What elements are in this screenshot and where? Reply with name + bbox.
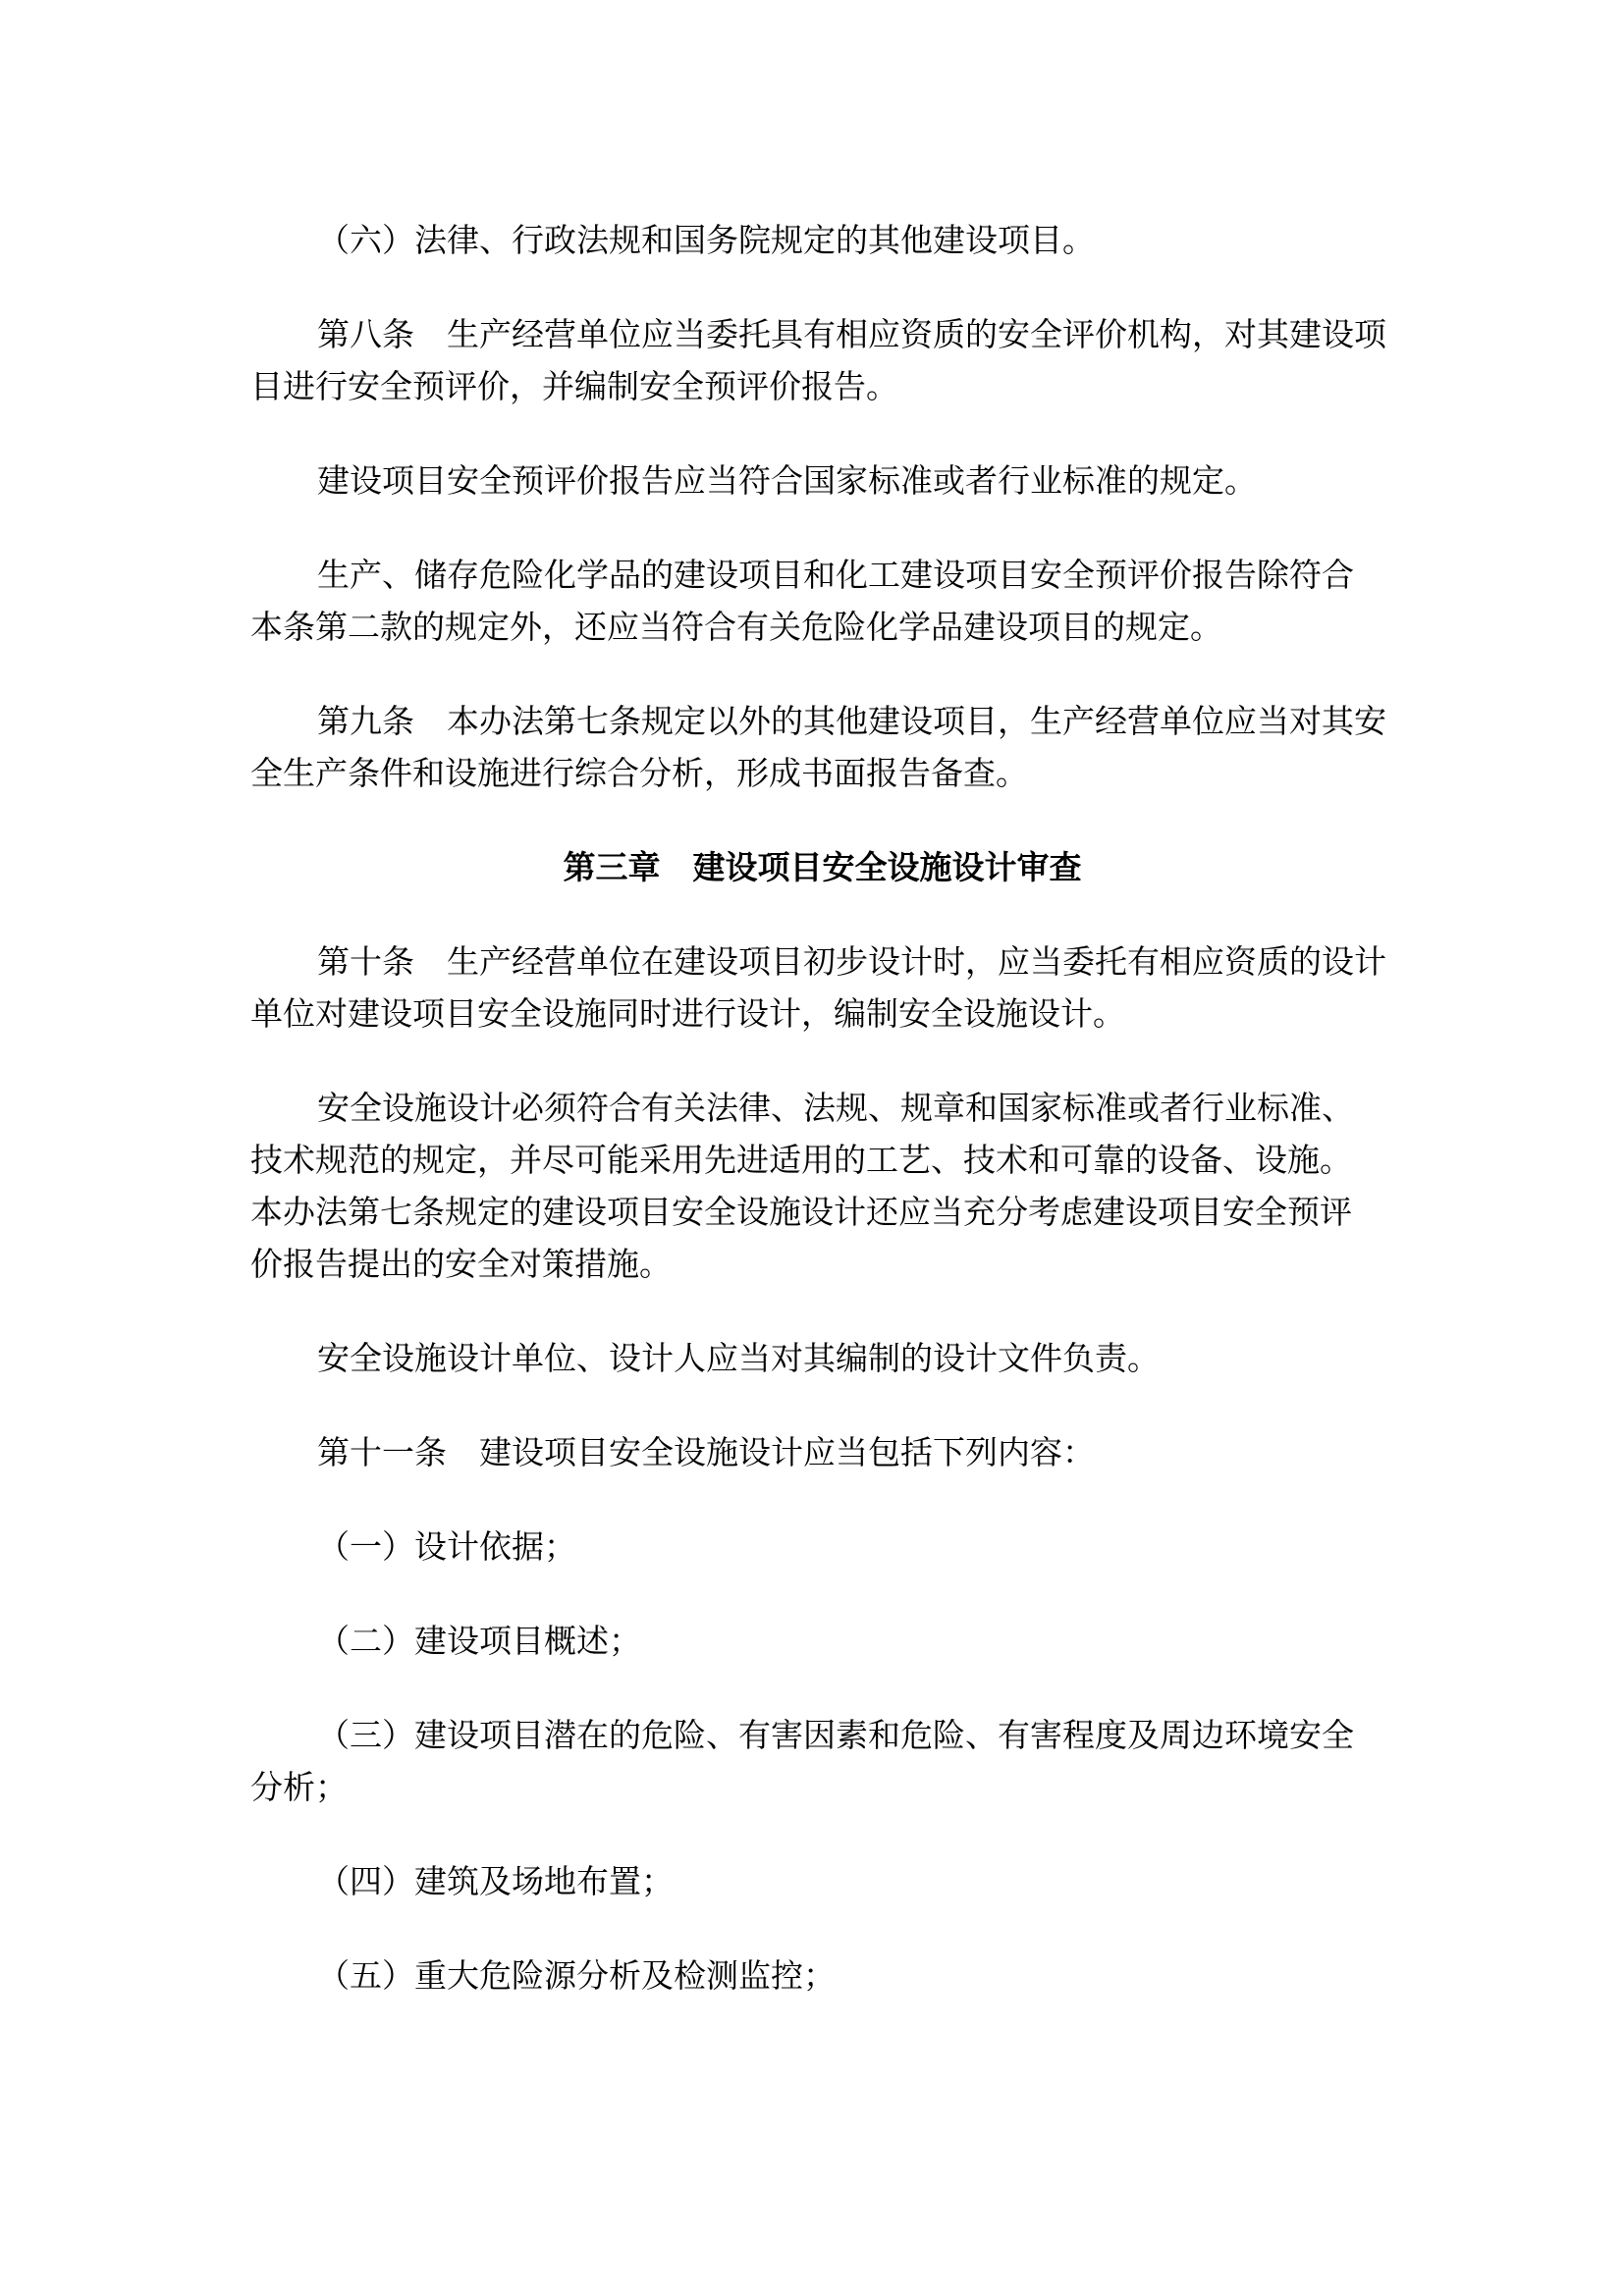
text-line: 安全设施设计必须符合有关法律、法规、规章和国家标准或者行业标准、 xyxy=(250,1084,1394,1136)
chapter-heading: 第三章 建设项目安全设施设计审查 xyxy=(250,843,1394,895)
paragraph: 第十一条 建设项目安全设施设计应当包括下列内容： xyxy=(250,1428,1394,1480)
text-line: （二）建设项目概述； xyxy=(250,1617,1394,1669)
paragraph: （五）重大危险源分析及检测监控； xyxy=(250,1951,1394,2003)
text-line: （六）法律、行政法规和国务院规定的其他建设项目。 xyxy=(250,216,1394,268)
chapter-heading-text: 第三章 建设项目安全设施设计审查 xyxy=(250,843,1394,895)
paragraph: 安全设施设计单位、设计人应当对其编制的设计文件负责。 xyxy=(250,1334,1394,1386)
text-column: （六）法律、行政法规和国务院规定的其他建设项目。 第八条 生产经营单位应当委托具… xyxy=(250,216,1394,2003)
text-line: （四）建筑及场地布置； xyxy=(250,1857,1394,1909)
paragraph: 第九条 本办法第七条规定以外的其他建设项目，生产经营单位应当对其安 全生产条件和… xyxy=(250,697,1394,801)
text-line: 建设项目安全预评价报告应当符合国家标准或者行业标准的规定。 xyxy=(250,456,1394,508)
text-line: 第九条 本办法第七条规定以外的其他建设项目，生产经营单位应当对其安 xyxy=(250,697,1394,749)
text-line: （一）设计依据； xyxy=(250,1522,1394,1575)
text-line: 技术规范的规定，并尽可能采用先进适用的工艺、技术和可靠的设备、设施。 xyxy=(250,1136,1394,1188)
paragraph: （一）设计依据； xyxy=(250,1522,1394,1575)
text-line: 目进行安全预评价，并编制安全预评价报告。 xyxy=(250,362,1394,414)
text-line: 第十一条 建设项目安全设施设计应当包括下列内容： xyxy=(250,1428,1394,1480)
text-line: 本条第二款的规定外，还应当符合有关危险化学品建设项目的规定。 xyxy=(250,603,1394,655)
text-line: 价报告提出的安全对策措施。 xyxy=(250,1240,1394,1292)
paragraph: （二）建设项目概述； xyxy=(250,1617,1394,1669)
paragraph: 安全设施设计必须符合有关法律、法规、规章和国家标准或者行业标准、 技术规范的规定… xyxy=(250,1084,1394,1292)
text-line: （五）重大危险源分析及检测监控； xyxy=(250,1951,1394,2003)
paragraph: （六）法律、行政法规和国务院规定的其他建设项目。 xyxy=(250,216,1394,268)
text-line: 分析； xyxy=(250,1763,1394,1815)
text-line: 全生产条件和设施进行综合分析，形成书面报告备查。 xyxy=(250,749,1394,801)
paragraph: （三）建设项目潜在的危险、有害因素和危险、有害程度及周边环境安全 分析； xyxy=(250,1711,1394,1815)
paragraph: 生产、储存危险化学品的建设项目和化工建设项目安全预评价报告除符合 本条第二款的规… xyxy=(250,551,1394,655)
document-page: （六）法律、行政法规和国务院规定的其他建设项目。 第八条 生产经营单位应当委托具… xyxy=(0,0,1624,2296)
text-line: 安全设施设计单位、设计人应当对其编制的设计文件负责。 xyxy=(250,1334,1394,1386)
text-line: 第八条 生产经营单位应当委托具有相应资质的安全评价机构，对其建设项 xyxy=(250,310,1394,362)
text-line: 第十条 生产经营单位在建设项目初步设计时，应当委托有相应资质的设计 xyxy=(250,937,1394,989)
text-line: （三）建设项目潜在的危险、有害因素和危险、有害程度及周边环境安全 xyxy=(250,1711,1394,1763)
paragraph: 第八条 生产经营单位应当委托具有相应资质的安全评价机构，对其建设项 目进行安全预… xyxy=(250,310,1394,414)
text-line: 单位对建设项目安全设施同时进行设计，编制安全设施设计。 xyxy=(250,989,1394,1041)
text-line: 生产、储存危险化学品的建设项目和化工建设项目安全预评价报告除符合 xyxy=(250,551,1394,603)
text-line: 本办法第七条规定的建设项目安全设施设计还应当充分考虑建设项目安全预评 xyxy=(250,1188,1394,1240)
paragraph: 第十条 生产经营单位在建设项目初步设计时，应当委托有相应资质的设计 单位对建设项… xyxy=(250,937,1394,1041)
paragraph: （四）建筑及场地布置； xyxy=(250,1857,1394,1909)
paragraph: 建设项目安全预评价报告应当符合国家标准或者行业标准的规定。 xyxy=(250,456,1394,508)
